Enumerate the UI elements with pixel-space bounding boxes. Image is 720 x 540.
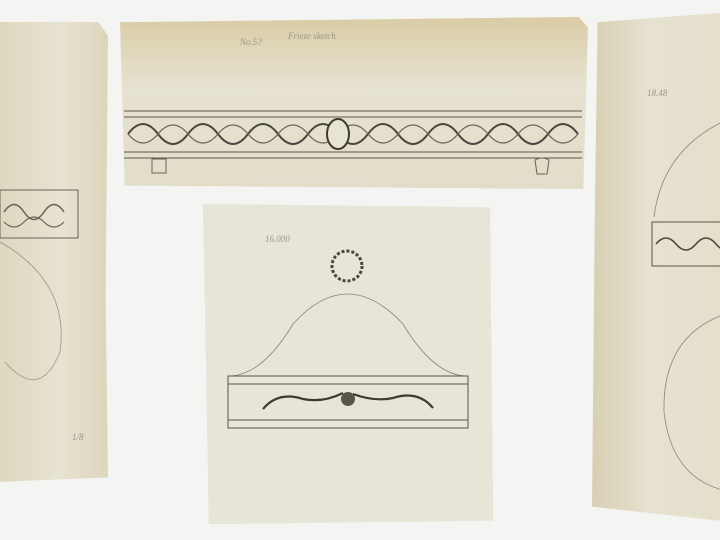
lions-relief-drawing [203, 204, 493, 524]
lions-drawing-sheet: 16.000 [203, 204, 493, 524]
frieze-drawing-sheet: No.5? Frieze sketch [120, 17, 588, 189]
right-sheet-annotation: 18.48 [647, 88, 667, 98]
left-drawing-sheet: 1/8 [0, 22, 108, 482]
left-sheet-drawing [0, 22, 108, 482]
frieze-annotation-number: No.5? [240, 37, 262, 47]
frieze-annotation-text: Frieze sketch [288, 31, 336, 41]
frieze-ornament [120, 17, 588, 189]
right-drawing-sheet: 18.48 [592, 12, 720, 522]
left-sheet-annotation: 1/8 [72, 432, 84, 442]
lions-sheet-annotation: 16.000 [265, 234, 290, 244]
